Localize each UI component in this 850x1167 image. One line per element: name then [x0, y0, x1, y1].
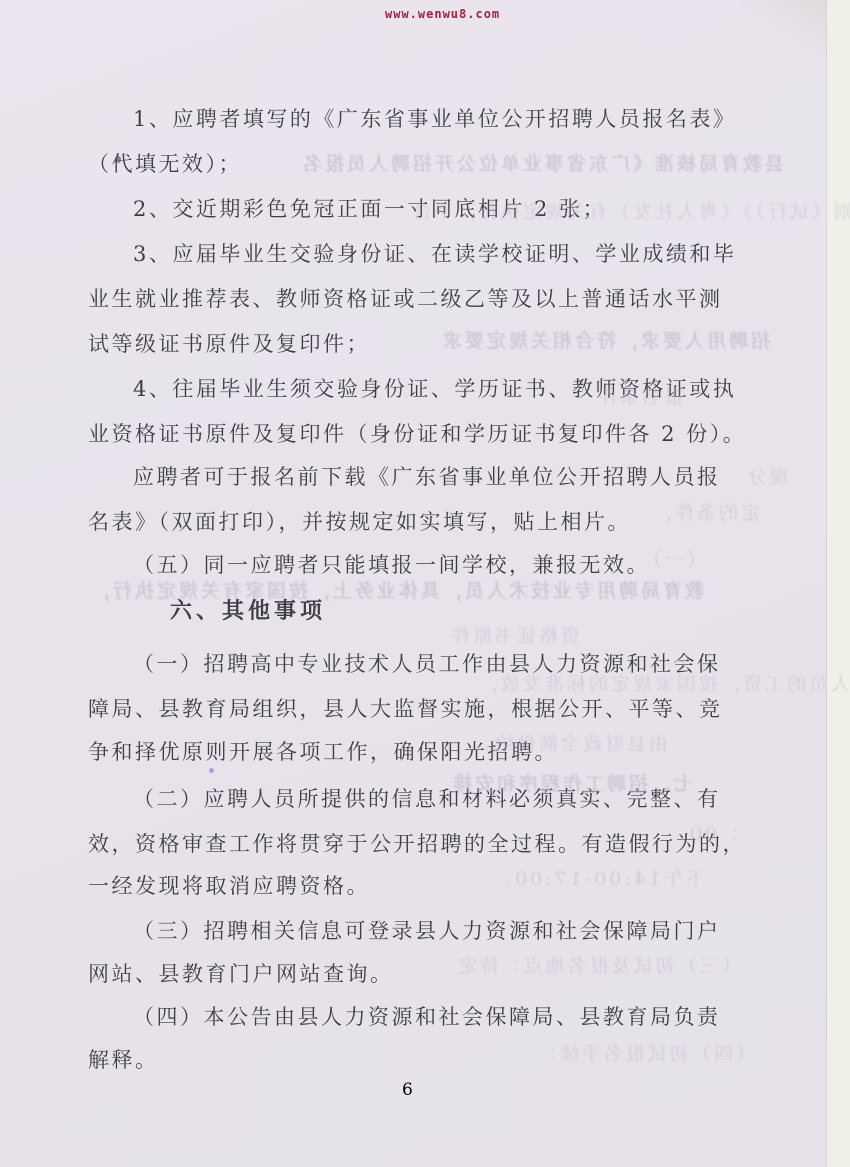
bleed-through-text: 定的条件，	[650, 498, 760, 525]
bleed-through-text: ：00，	[665, 819, 739, 846]
bleed-through-text: 七、招聘工作程序和安排	[450, 769, 692, 796]
bleed-through-text: 由县财政全额供给。	[470, 729, 668, 756]
line-item3-part2: 业生就业推荐表、教师资格证或二级乙等及以上普通话水平测	[88, 283, 723, 313]
line-item3-part1: 3、应届毕业生交验身份证、在读学校证明、学业成绩和毕	[133, 238, 736, 268]
line-download-part2: 名表》（双面打印），并按规定如实填写，贴上相片。	[88, 506, 631, 536]
bleed-through-text: （四）初试报名手续：	[535, 1039, 755, 1066]
line-item1-part1: 1、应聘者填写的《广东省事业单位公开招聘人员报名表》	[133, 103, 736, 133]
bleed-through-text: 下午14:00-17:00。	[490, 864, 705, 891]
line-item4-part2: 业资格证书原件及复印件（身份证和学历证书复印件各 2 份）。	[88, 418, 746, 448]
line-item3-part3: 试等级证书原件及复印件；	[88, 328, 370, 358]
bleed-through-text: （一）	[640, 545, 706, 572]
line-6-3-part2: 网站、县教育门户网站查询。	[88, 958, 394, 988]
line-6-2-part3: 一经发现将取消应聘资格。	[88, 870, 370, 900]
ink-speck-blue	[209, 768, 214, 773]
bleed-through-text: 报名条件	[595, 382, 683, 409]
line-6-2-part2: 效，资格审查工作将贯穿于公开招聘的全过程。有造假行为的，	[88, 828, 746, 858]
bleed-through-text: （八）待遇，被聘用人员的工资，按国家规定的标准发放，	[476, 669, 850, 696]
page-number: 6	[402, 1080, 413, 1100]
bleed-through-text: （三）初试及报名地点：待定	[455, 951, 741, 978]
bleed-through-text: 资格证书原件	[448, 621, 580, 648]
page-corner-shadow	[742, 0, 827, 55]
bleed-through-text: 县教育局核准《广东省事业单位公开招聘人员报名	[300, 149, 784, 176]
line-6-3-part1: （三）招聘相关信息可登录县人力资源和社会保障局门户	[133, 915, 721, 945]
bleed-through-text: 教育局聘用专业技术人员，具体业务上，按国家有关规定执行，	[88, 576, 704, 603]
line-item1-part2: （代填无效）；	[88, 148, 242, 178]
ink-speck	[116, 156, 121, 163]
line-6-1-part2: 障局、县教育局组织，县人大监督实施，根据公开、平等、竞	[88, 693, 723, 723]
line-6-4-part1: （四）本公告由县人力资源和社会保障局、县教育局负责	[133, 1001, 721, 1031]
scanned-document-page: www.wenwu8.com 1、应聘者填写的《广东省事业单位公开招聘人员报名表…	[0, 0, 850, 1167]
watermark-text: www.wenwu8.com	[385, 7, 500, 21]
bleed-through-text: 招聘用人要求，符合相关规定要求	[440, 326, 770, 353]
bleed-through-text: 则（试行）》（粤人社发）有关规定执行，不合	[410, 197, 850, 224]
bleed-through-text: 现分	[745, 462, 789, 489]
line-6-4-part2: 解释。	[88, 1044, 159, 1074]
line-download-part1: 应聘者可于报名前下载《广东省事业单位公开招聘人员报	[133, 461, 721, 491]
scanner-edge-strip	[826, 0, 850, 1167]
line-item5: （五）同一应聘者只能填报一间学校，兼报无效。	[133, 549, 650, 579]
